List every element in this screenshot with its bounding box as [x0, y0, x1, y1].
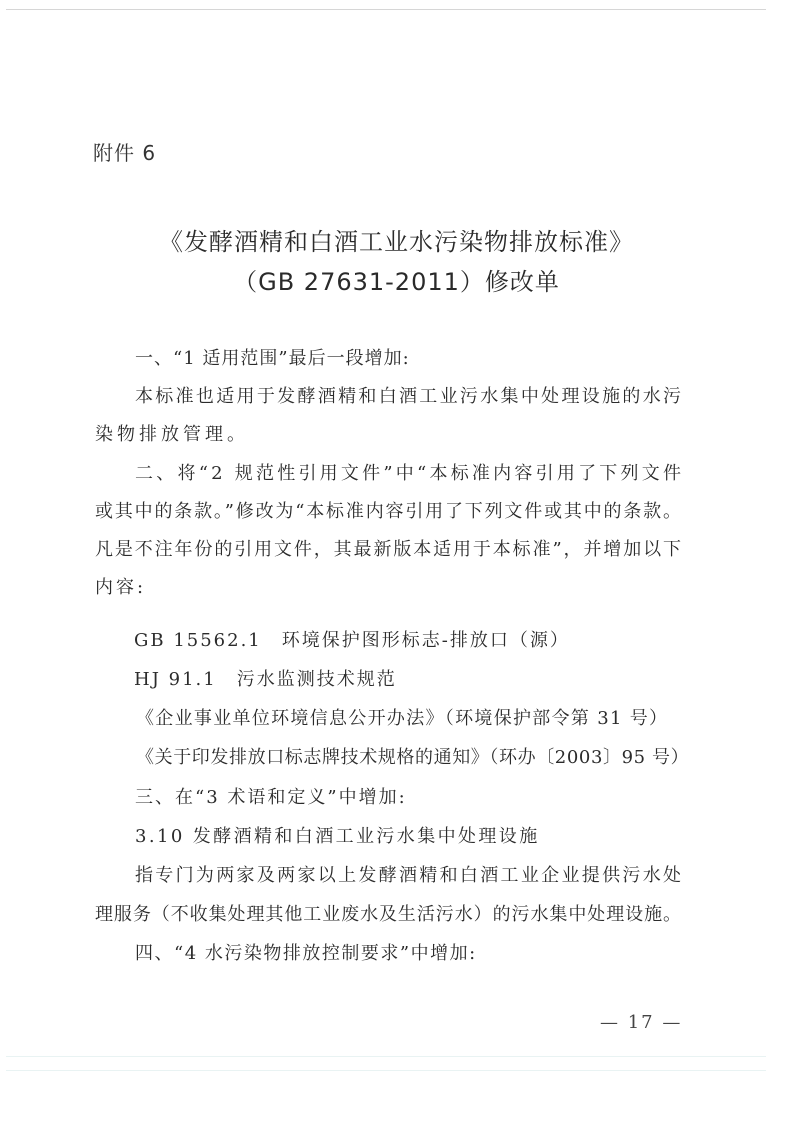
scan-bottom-edge-2 — [6, 1070, 766, 1071]
document-title-line2: （GB 27631-2011）修改单 — [0, 262, 793, 297]
section-1-heading: 一、“1 适用范围”最后一段增加: — [135, 346, 410, 372]
scan-top-edge — [6, 9, 766, 10]
scan-bottom-edge — [6, 1056, 766, 1057]
reference-hj91: HJ 91.1 污水监测技术规范 — [134, 667, 397, 693]
attachment-label: 附件 6 — [93, 137, 156, 166]
section-3-heading: 三、在“3 术语和定义”中增加: — [135, 785, 407, 811]
definition-term: 3.10 发酵酒精和白酒工业污水集中处理设施 — [135, 824, 540, 850]
page-number: — 17 — — [600, 1012, 682, 1033]
document-title-line1: 《发酵酒精和白酒工业水污染物排放标准》 — [0, 222, 793, 257]
reference-disclosure-measures: 《企业事业单位环境信息公开办法》（环境保护部令第 31 号） — [136, 706, 668, 732]
definition-text: 指专门为两家及两家以上发酵酒精和白酒工业企业提供污水处 — [135, 863, 683, 889]
definition-text: 理服务（不收集处理其他工业废水及生活污水）的污水集中处理设施。 — [95, 902, 682, 928]
reference-gb15562: GB 15562.1 环境保护图形标志-排放口（源） — [134, 628, 570, 654]
paragraph-line: 染物排放管理。 — [95, 422, 249, 448]
reference-outlet-sign-notice: 《关于印发排放口标志牌技术规格的通知》（环办〔2003〕95 号） — [136, 745, 689, 771]
paragraph-line: 本标准也适用于发酵酒精和白酒工业污水集中处理设施的水污 — [135, 384, 683, 410]
paragraph-line: 内容: — [95, 575, 146, 601]
section-2-heading: 二、将“2 规范性引用文件”中“本标准内容引用了下列文件 — [135, 461, 684, 487]
paragraph-line: 或其中的条款。”修改为“本标准内容引用了下列文件或其中的条款。 — [95, 499, 683, 525]
paragraph-line: 凡是不注年份的引用文件，其最新版本适用于本标准”，并增加以下 — [95, 537, 683, 563]
section-4-heading: 四、“4 水污染物排放控制要求”中增加: — [135, 941, 477, 967]
document-page: 附件 6 《发酵酒精和白酒工业水污染物排放标准》 （GB 27631-2011）… — [0, 0, 793, 1123]
